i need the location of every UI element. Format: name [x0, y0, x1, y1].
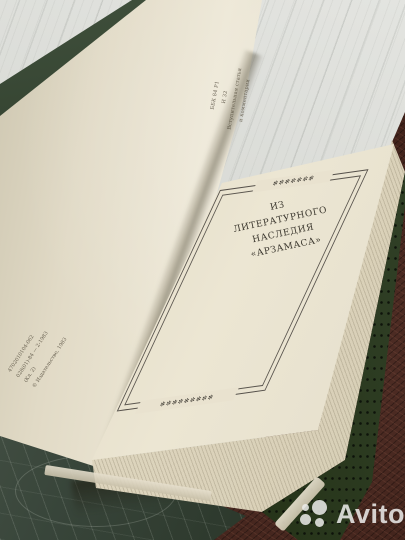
- photo-open-book: ББК 84 Р1 И 32 Вступительная статья и ко…: [0, 0, 405, 540]
- avito-watermark-text: Avito: [336, 501, 405, 528]
- avito-dots-logo-icon: [300, 500, 331, 528]
- avito-watermark: Avito: [300, 500, 405, 528]
